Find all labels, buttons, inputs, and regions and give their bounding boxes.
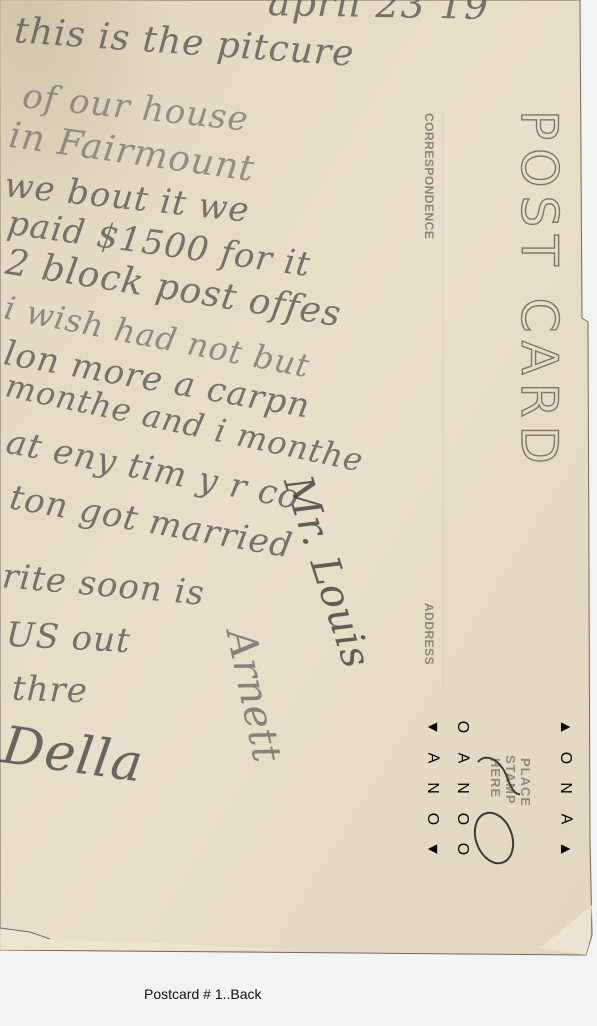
handwritten-line: thre (11, 669, 88, 712)
image-caption: Postcard # 1..Back (144, 986, 262, 1002)
correspondence-label: CORRESPONDENCE (422, 113, 436, 239)
stamp-mark-handwritten (472, 750, 532, 870)
stamp-border-right: ▲ O N A ▲ (557, 718, 573, 858)
stamp-box: ▼ A N O ▼ OANOO ▲ O N A ▲ PLACE STAMP HE… (422, 710, 582, 860)
handwritten-date: april 23 19 (268, 0, 490, 28)
handwritten-line: US out (5, 615, 132, 661)
post-card-title: POST CARD (518, 110, 578, 590)
stamp-border-inner-left: OANOO (456, 718, 468, 858)
postcard-back: POST CARD CORRESPONDENCE ADDRESS ▼ A N O… (0, 0, 597, 960)
address-label: ADDRESS (422, 603, 436, 665)
stamp-border-left: ▼ A N O ▼ (424, 718, 440, 858)
post-card-title-text: POST CARD (510, 110, 568, 472)
